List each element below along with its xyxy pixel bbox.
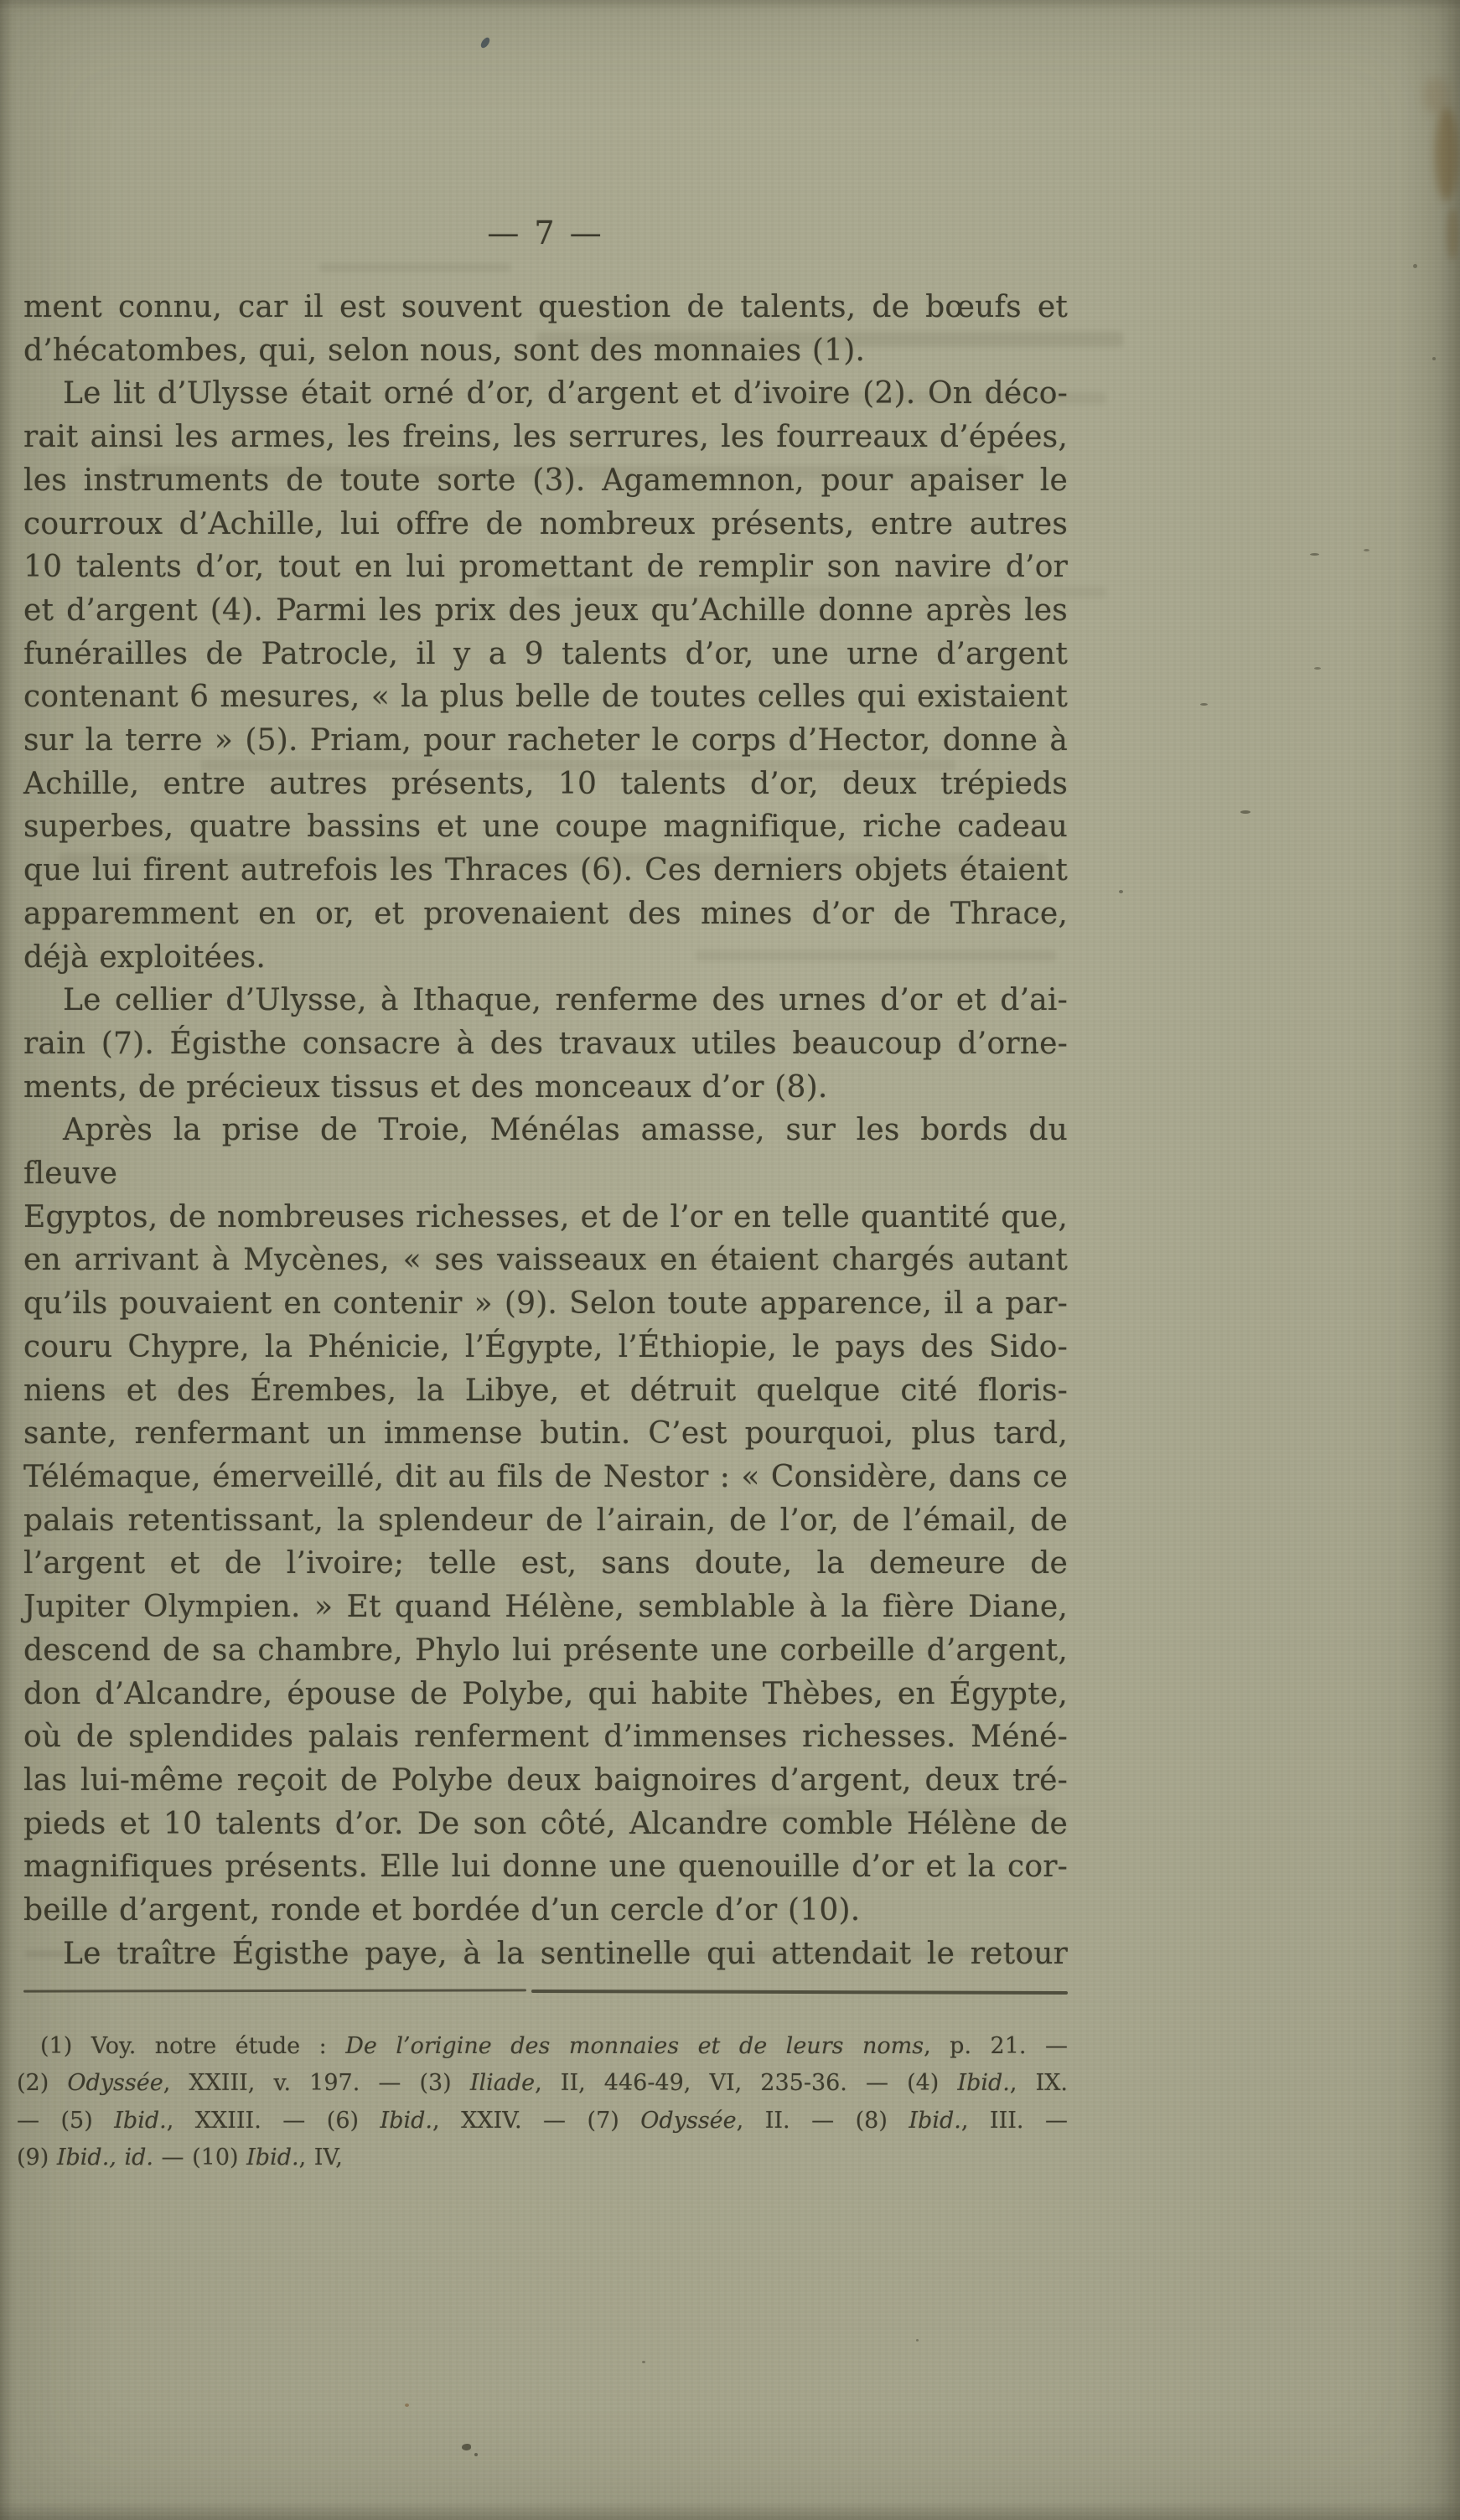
footnote-title-italic: Ibid. [909,2108,960,2134]
text-line: magnifiques présents. Elle lui donne une… [23,1845,1068,1889]
text-line: couru Chypre, la Phénicie, l’Égypte, l’É… [23,1326,1068,1369]
text-line: que lui firent autrefois les Thraces (6)… [23,849,1068,893]
footnote-title-italic: Ibid. [957,2070,1009,2096]
text-line: Le lit d’Ulysse était orné d’or, d’argen… [23,372,1068,416]
footnote-text: , IV, [299,2145,343,2171]
footnote-title-italic: Iliade [470,2070,535,2096]
footnote-line: (1) Voy. notre étude : De l’origine des … [17,2028,1068,2065]
footnote-text: (9) [17,2145,57,2171]
footnote-text: — (5) [17,2108,114,2134]
text-line: Le traître Égisthe paye, à la sentinelle… [23,1933,1068,1976]
paper-stain [1435,107,1458,201]
text-line: Télémaque, émerveillé, dit au fils de Ne… [23,1456,1068,1499]
text-line: apparemment en or, et provenaient des mi… [23,893,1068,936]
footnote-text: , p. 21. — [924,2033,1068,2059]
text-line: descend de sa chambre, Phylo lui présent… [23,1629,1068,1673]
body-text: ment connu, car il est souvent question … [23,286,1068,1975]
paper-speck [479,36,492,49]
paper-speck [1119,890,1123,893]
text-line: pieds et 10 talents d’or. De son côté, A… [23,1803,1068,1846]
text-line: l’argent et de l’ivoire; telle est, sans… [23,1542,1068,1586]
footnote-title-italic: De l’origine des monnaies et de leurs no… [345,2033,924,2059]
text-line: déjà exploitées. [23,936,1068,980]
footnote-line: — (5) Ibid., XXIII. — (6) Ibid., XXIV. —… [17,2103,1068,2140]
footnote-title-italic: Ibid. [381,2108,432,2134]
text-line: rait ainsi les armes, les freins, les se… [23,416,1068,459]
paper-speck [1432,357,1436,360]
text-line: 10 talents d’or, tout en lui promettant … [23,546,1068,589]
text-line: Après la prise de Troie, Ménélas amasse,… [23,1109,1068,1195]
footnote-text: , XXIV. — (7) [432,2108,640,2134]
footnote-title-italic: Ibid., id. [57,2145,153,2171]
paper-speck [916,2339,919,2341]
footnote-text: , III. — [961,2108,1068,2134]
text-line: beille d’argent, ronde et bordée d’un ce… [23,1889,1068,1933]
text-line: où de splendides palais renferment d’imm… [23,1715,1068,1759]
text-line: courroux d’Achille, lui offre de nombreu… [23,503,1068,546]
footnote-separator [531,1990,1068,1995]
footnote-text: (2) [17,2070,67,2096]
text-line: funérailles de Patrocle, il y a 9 talent… [23,633,1068,676]
text-line: las lui-même reçoit de Polybe deux baign… [23,1759,1068,1803]
show-through-band [318,263,511,272]
footnote-title-italic: Odyssée [67,2070,163,2096]
text-line: qu’ils pouvaient en contenir » (9). Selo… [23,1282,1068,1326]
paper-speck [1310,553,1319,556]
paper-speck [1240,810,1250,814]
text-line: contenant 6 mesures, « la plus belle de … [23,675,1068,719]
footnote-text: (1) Voy. notre étude : [40,2033,345,2059]
text-line: ment connu, car il est souvent question … [23,286,1068,329]
text-line: Jupiter Olympien. » Et quand Hélène, sem… [23,1586,1068,1629]
footnote-separator [23,1989,526,1992]
text-line: en arrivant à Mycènes, « ses vaisseaux e… [23,1239,1068,1282]
page-number: — 7 — [23,215,1068,251]
paper-speck [1200,703,1208,706]
footnote-text: — (10) [153,2145,246,2171]
text-line: palais retentissant, la splendeur de l’a… [23,1499,1068,1543]
text-line: sur la terre » (5). Priam, pour racheter… [23,719,1068,763]
text-line: Le cellier d’Ulysse, à Ithaque, renferme… [23,979,1068,1022]
paper-stain [1423,77,1450,114]
text-line: les instruments de toute sorte (3). Agam… [23,459,1068,503]
paper-speck [462,2444,471,2450]
footnotes: (1) Voy. notre étude : De l’origine des … [17,2028,1068,2176]
footnote-title-italic: Ibid. [114,2108,166,2134]
text-line: Achille, entre autres présents, 10 talen… [23,763,1068,806]
paper-stain [1447,208,1458,260]
footnote-text: , II. — (8) [737,2108,909,2134]
paper-speck [474,2453,478,2456]
footnote-title-italic: Ibid. [246,2145,298,2171]
footnote-title-italic: Odyssée [640,2108,736,2134]
text-line: et d’argent (4). Parmi les prix des jeux… [23,589,1068,633]
footnote-text: , XXIII, v. 197. — (3) [163,2070,470,2096]
paper-speck [405,2404,409,2407]
footnote-text: , II, 446-49, VI, 235-36. — (4) [535,2070,957,2096]
footnote-line: (2) Odyssée, XXIII, v. 197. — (3) Iliade… [17,2065,1068,2102]
text-line: don d’Alcandre, épouse de Polybe, qui ha… [23,1673,1068,1716]
text-line: d’hécatombes, qui, selon nous, sont des … [23,329,1068,373]
text-line: ments, de précieux tissus et des monceau… [23,1066,1068,1110]
footnote-line: (9) Ibid., id. — (10) Ibid., IV, [17,2140,1068,2176]
text-line: niens et des Érembes, la Libye, et détru… [23,1369,1068,1413]
paper-speck [1314,667,1321,670]
scanned-book-page: — 7 — ment connu, car il est souvent que… [0,0,1460,2520]
footnote-text: , IX. [1010,2070,1068,2096]
paper-speck [642,2361,645,2363]
text-line: Egyptos, de nombreuses richesses, et de … [23,1196,1068,1239]
paper-speck [1364,549,1369,551]
text-line: rain (7). Égisthe consacre à des travaux… [23,1022,1068,1066]
text-line: sante, renfermant un immense butin. C’es… [23,1412,1068,1456]
footnote-text: , XXIII. — (6) [167,2108,381,2134]
text-line: superbes, quatre bassins et une coupe ma… [23,805,1068,849]
paper-speck [1413,264,1417,268]
